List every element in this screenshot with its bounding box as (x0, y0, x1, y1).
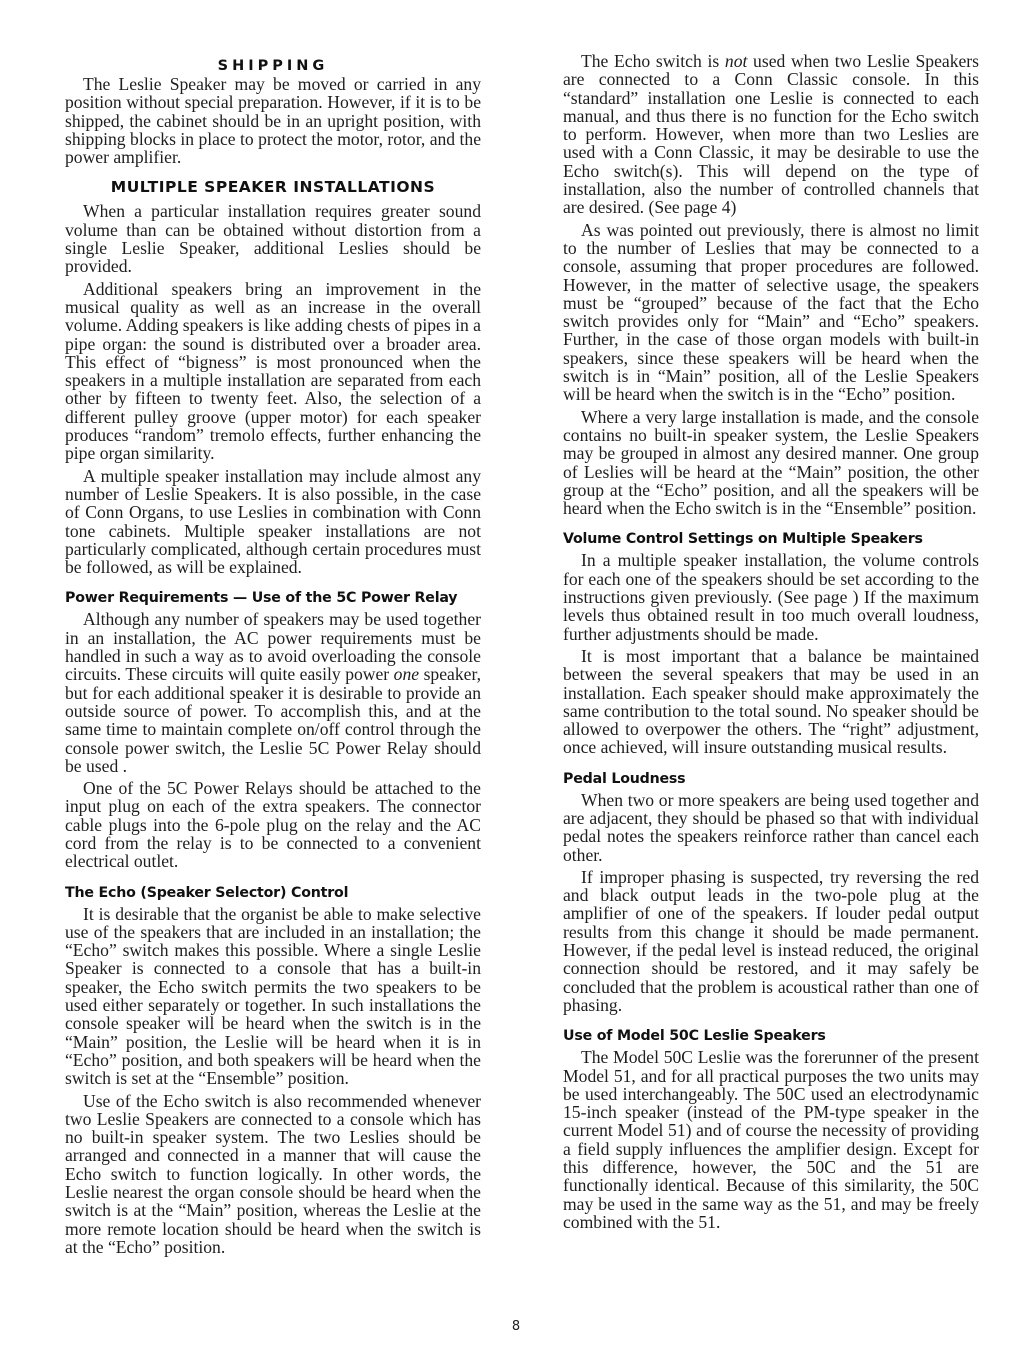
right-column: The Echo switch is not used when two Les… (563, 52, 979, 1235)
emphasis-not: not (725, 51, 747, 71)
echo-paragraph-3: The Echo switch is not used when two Les… (563, 52, 979, 217)
power-paragraph-1: Although any number of speakers may be u… (65, 610, 481, 775)
power-requirements-heading: Power Requirements — Use of the 5C Power… (65, 590, 481, 606)
pedal-paragraph-1: When two or more speakers are being used… (563, 791, 979, 864)
shipping-paragraph: The Leslie Speaker may be moved or carri… (65, 75, 481, 166)
echo-paragraph-5: Where a very large installation is made,… (563, 408, 979, 518)
left-column: SHIPPING The Leslie Speaker may be moved… (65, 58, 481, 1260)
echo-text-b: used when two Leslie Speakers are connec… (563, 51, 979, 217)
echo-text-a: The Echo switch is (581, 51, 725, 71)
multiple-installations-title: MULTIPLE SPEAKER INSTALLATIONS (65, 178, 481, 196)
echo-paragraph-2: Use of the Echo switch is also recommend… (65, 1092, 481, 1257)
multiple-paragraph-1: When a particular installation requires … (65, 202, 481, 275)
echo-control-heading: The Echo (Speaker Selector) Control (65, 885, 481, 901)
model-50c-heading: Use of Model 50C Leslie Speakers (563, 1028, 979, 1044)
page-number: 8 (0, 1319, 1032, 1334)
multiple-paragraph-2: Additional speakers bring an improvement… (65, 280, 481, 463)
echo-paragraph-4: As was pointed out previously, there is … (563, 221, 979, 404)
model-50c-paragraph: The Model 50C Leslie was the forerunner … (563, 1048, 979, 1231)
multiple-paragraph-3: A multiple speaker installation may incl… (65, 467, 481, 577)
echo-paragraph-1: It is desirable that the organist be abl… (65, 905, 481, 1088)
volume-control-heading: Volume Control Settings on Multiple Spea… (563, 531, 979, 547)
volume-paragraph-2: It is most important that a balance be m… (563, 647, 979, 757)
power-paragraph-2: One of the 5C Power Relays should be att… (65, 779, 481, 870)
pedal-loudness-heading: Pedal Loudness (563, 771, 979, 787)
pedal-paragraph-2: If improper phasing is suspected, try re… (563, 868, 979, 1014)
volume-paragraph-1: In a multiple speaker installation, the … (563, 551, 979, 642)
manual-page: SHIPPING The Leslie Speaker may be moved… (0, 0, 1032, 1361)
shipping-title: SHIPPING (65, 58, 481, 74)
emphasis-one: one (394, 664, 419, 684)
